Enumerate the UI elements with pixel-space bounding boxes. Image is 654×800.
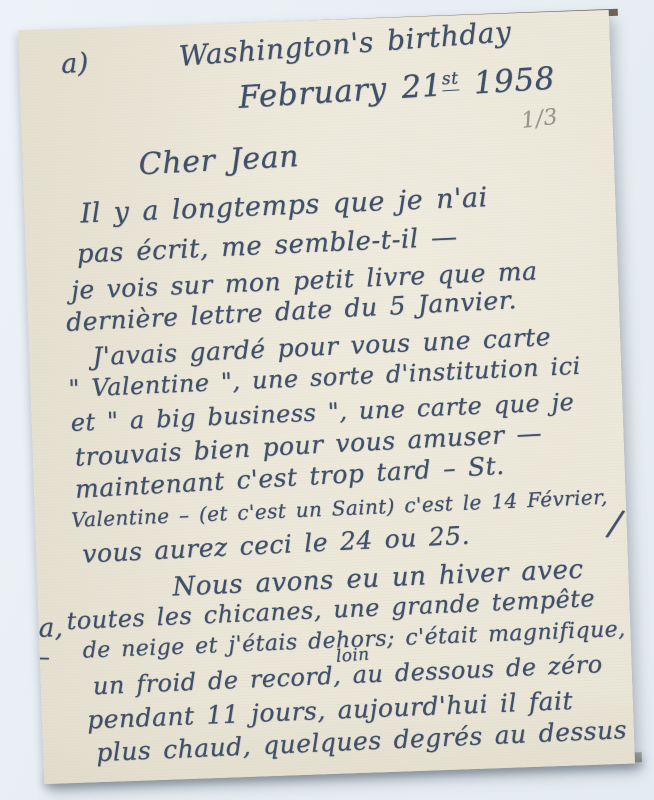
- page-marker: a): [61, 50, 90, 78]
- date-day: February 21: [237, 67, 443, 115]
- salutation: Cher Jean: [138, 142, 300, 180]
- margin-dash: —: [26, 645, 51, 669]
- scanner-background: a) Washington's birthday February 21st 1…: [0, 0, 654, 800]
- interline-insertion: loin: [335, 647, 370, 666]
- letter-date: February 21st 1958: [238, 64, 556, 114]
- margin-slash-mark: ∕: [608, 506, 624, 541]
- letter-title: Washington's birthday: [178, 18, 512, 71]
- letter-page: a) Washington's birthday February 21st 1…: [18, 10, 635, 784]
- margin-note-fragment: la,: [30, 615, 64, 641]
- date-year: 1958: [458, 61, 556, 103]
- pencil-page-number: 1/3: [520, 107, 559, 133]
- date-ordinal-superscript: st: [441, 68, 459, 91]
- handwriting-line: vous aurez ceci le 24 ou 25.: [82, 523, 471, 567]
- handwriting-line: Il y a longtemps que je n'ai: [80, 184, 488, 227]
